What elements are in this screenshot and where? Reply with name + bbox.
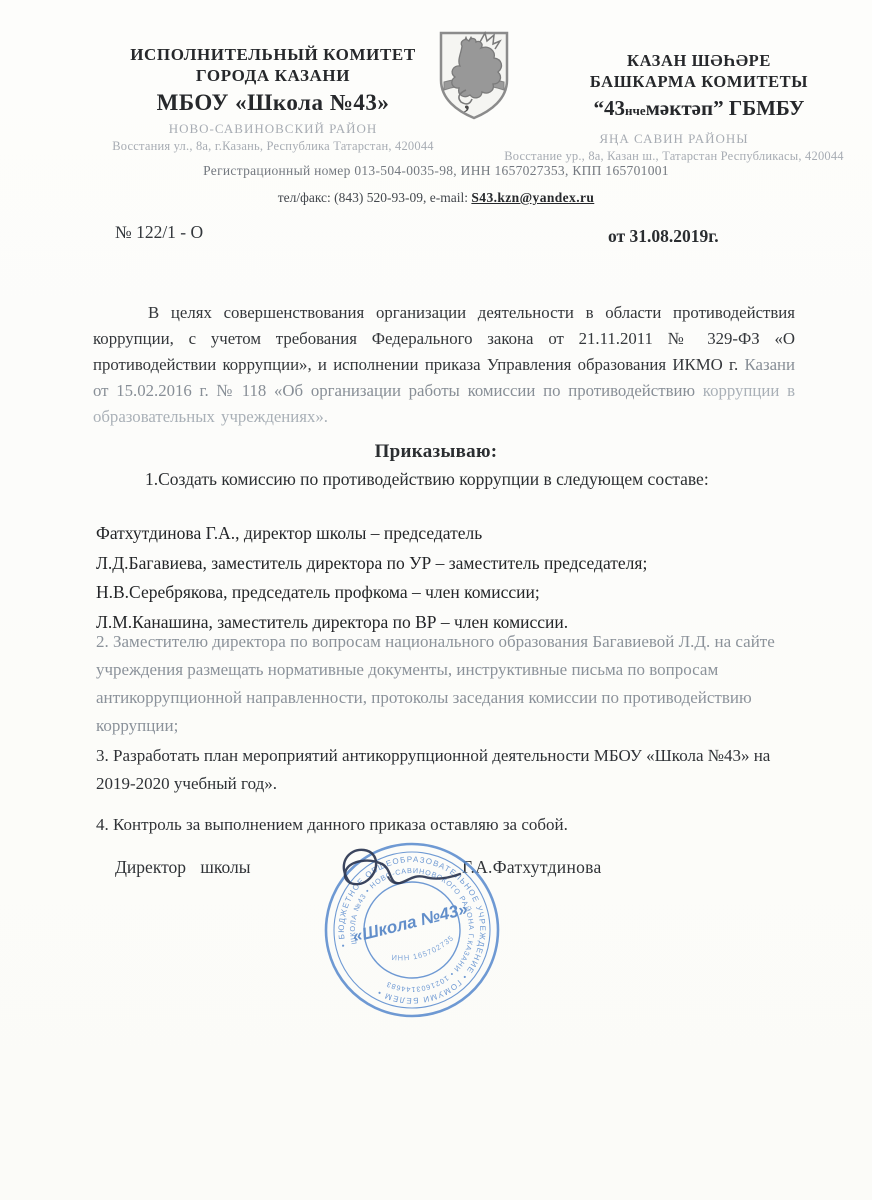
org-right-line1: КАЗАН ШӘҺӘРЕ [546,50,852,71]
org-right-line2: БАШКАРМА КОМИТЕТЫ [546,71,852,92]
org-left-line1: ИСПОЛНИТЕЛЬНЫЙ КОМИТЕТ [104,44,442,65]
org-right-line3-small: нче [625,103,646,118]
org-left-line3: МБОУ «Школа №43» [104,88,442,118]
org-name-russian: ИСПОЛНИТЕЛЬНЫЙ КОМИТЕТ ГОРОДА КАЗАНИ МБО… [104,44,442,118]
org-right-line3: “43нчемәктәп” ГБМБУ [546,94,852,125]
commission-members-list: Фатхутдинова Г.А., директор школы – пред… [96,519,816,637]
telfax-text: тел/факс: (843) 520-93-09, e-mail: [278,190,472,205]
document-date: от 31.08.2019г. [608,226,719,247]
district-block-tatar: ЯҢА САВИН РАЙОНЫ Восстание ур., 8а, Каза… [482,130,866,165]
member-row: Фатхутдинова Г.А., директор школы – пред… [96,519,816,549]
member-row: Н.В.Серебрякова, председатель профкома –… [96,578,816,608]
order-item-2: 2. Заместителю директора по вопросам нац… [96,628,784,740]
contact-line: тел/факс: (843) 520-93-09, e-mail: S43.k… [0,190,872,206]
org-left-line2: ГОРОДА КАЗАНИ [104,65,442,86]
district-block-russian: НОВО-САВИНОВСКИЙ РАЙОН Восстания ул., 8а… [88,120,458,155]
org-name-tatar: КАЗАН ШӘҺӘРЕ БАШКАРМА КОМИТЕТЫ “43нчемәк… [546,50,852,125]
signatory-role: Директор школы [115,857,250,878]
handwritten-signature [328,843,478,910]
address-ru: Восстания ул., 8а, г.Казань, Республика … [88,137,458,155]
email-text: S43.kzn@yandex.ru [471,190,594,205]
org-right-line3-rest: мәктәп” ГБМБУ [646,96,805,120]
order-item-1: 1.Создать комиссию по противодействию ко… [93,469,809,490]
registration-line: Регистрационный номер 013-504-0035-98, И… [0,163,872,179]
preamble-normal: В целях совершенствования организации де… [93,303,795,374]
district-name-tt: ЯҢА САВИН РАЙОНЫ [482,130,866,147]
org-right-line3-prefix: “43 [594,96,626,120]
order-item-3: 3. Разработать план мероприятий антикорр… [96,742,796,798]
order-heading: Приказываю: [0,441,872,463]
district-name-ru: НОВО-САВИНОВСКИЙ РАЙОН [88,120,458,137]
scanned-order-document: ИСПОЛНИТЕЛЬНЫЙ КОМИТЕТ ГОРОДА КАЗАНИ МБО… [0,0,872,1200]
member-row: Л.Д.Багавиева, заместитель директора по … [96,549,816,579]
kazan-coat-of-arms-icon [436,30,512,127]
document-number: № 122/1 - О [115,222,203,243]
preamble-paragraph: В целях совершенствования организации де… [93,300,795,430]
scan-comma-mark: ’ [463,100,470,126]
